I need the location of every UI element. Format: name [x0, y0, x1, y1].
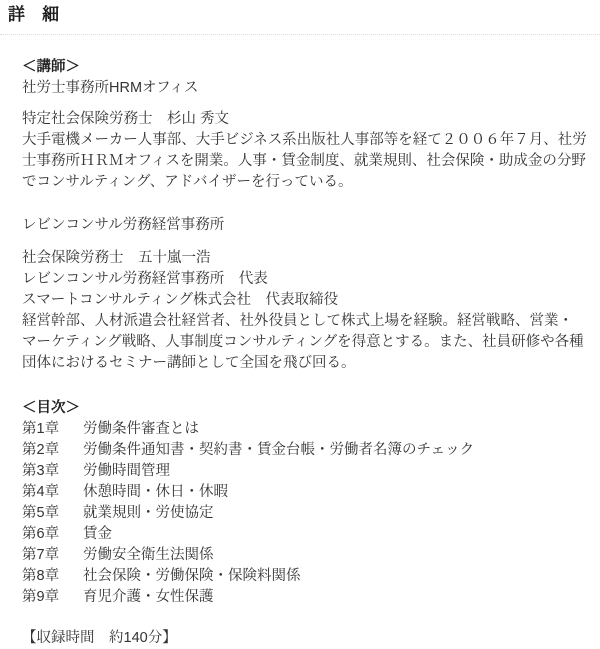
chapter-number: 第3章: [22, 461, 83, 482]
chapter-number: 第1章: [22, 419, 83, 440]
chapter-title: 労働条件通知書・契約書・賃金台帳・労働者名簿のチェック: [83, 442, 474, 458]
toc-chapter-list: 第1章労働条件審査とは 第2章労働条件通知書・契約書・賃金台帳・労働者名簿のチェ…: [22, 419, 590, 608]
bio-text-line: 特定社会保険労務士 杉山 秀文: [22, 109, 590, 130]
spacer: [22, 99, 590, 109]
chapter-number: 第7章: [22, 545, 83, 566]
toc-chapter-row: 第4章休憩時間・休日・休暇: [22, 482, 590, 503]
chapter-title: 就業規則・労使協定: [83, 505, 214, 521]
toc-section-heading: ＜目次＞: [22, 398, 590, 419]
chapter-number: 第5章: [22, 503, 83, 524]
bio-text-line: マーケティング戦略、人事制度コンサルティングを得意とする。また、社員研修や各種: [22, 332, 590, 353]
chapter-title: 労働安全衛生法関係: [83, 547, 214, 563]
bio-text-line: 大手電機メーカー人事部、大手ビジネス系出版社人事部等を経て２００６年７月、社労: [22, 130, 590, 151]
bio-text-line: スマートコンサルティング株式会社 代表取締役: [22, 290, 590, 311]
toc-section: ＜目次＞ 第1章労働条件審査とは 第2章労働条件通知書・契約書・賃金台帳・労働者…: [22, 398, 590, 608]
bio-text-line: 経営幹部、人材派遣会社経営者、社外役員として株式上場を経験。経営戦略、営業・: [22, 311, 590, 332]
lecturer2-office-name: レビンコンサル労務経営事務所: [22, 215, 590, 236]
bio-text-line: 社会保険労務士 五十嵐一浩: [22, 248, 590, 269]
lecturer-section-heading: ＜講師＞: [22, 57, 590, 78]
lecturer1-office-name: 社労士事務所HRMオフィス: [22, 78, 590, 99]
bio-text-line: 士事務所ＨＲＭオフィスを開業。人事・賃金制度、就業規則、社会保険・助成金の分野: [22, 151, 590, 172]
toc-chapter-row: 第2章労働条件通知書・契約書・賃金台帳・労働者名簿のチェック: [22, 440, 590, 461]
spacer: [22, 374, 590, 398]
lecturer-section: ＜講師＞ 社労士事務所HRMオフィス 特定社会保険労務士 杉山 秀文 大手電機メ…: [22, 57, 590, 374]
lecturer1-bio: 特定社会保険労務士 杉山 秀文 大手電機メーカー人事部、大手ビジネス系出版社人事…: [22, 109, 590, 193]
chapter-number: 第4章: [22, 482, 83, 503]
chapter-title: 労働時間管理: [83, 463, 170, 479]
page-title: 詳 細: [0, 0, 600, 25]
chapter-title: 社会保険・労働保険・保険料関係: [83, 568, 301, 584]
detail-content: ＜講師＞ 社労士事務所HRMオフィス 特定社会保険労務士 杉山 秀文 大手電機メ…: [0, 35, 600, 649]
toc-chapter-row: 第7章労働安全衛生法関係: [22, 545, 590, 566]
chapter-title: 休憩時間・休日・休暇: [83, 484, 228, 500]
spacer: [22, 193, 590, 215]
chapter-number: 第9章: [22, 587, 83, 608]
recording-duration: 【収録時間 約140分】: [22, 628, 590, 649]
chapter-number: 第6章: [22, 524, 83, 545]
spacer: [22, 236, 590, 248]
chapter-title: 育児介護・女性保護: [83, 589, 214, 605]
spacer: [22, 608, 590, 628]
bio-text-line: 団体におけるセミナー講師として全国を飛び回る。: [22, 353, 590, 374]
chapter-number: 第2章: [22, 440, 83, 461]
chapter-title: 賃金: [83, 526, 112, 542]
bio-text-line: レビンコンサル労務経営事務所 代表: [22, 269, 590, 290]
lecturer2-bio: 社会保険労務士 五十嵐一浩 レビンコンサル労務経営事務所 代表 スマートコンサル…: [22, 248, 590, 374]
toc-chapter-row: 第9章育児介護・女性保護: [22, 587, 590, 608]
bio-text-line: でコンサルティング、アドバイザーを行っている。: [22, 172, 590, 193]
chapter-number: 第8章: [22, 566, 83, 587]
toc-chapter-row: 第8章社会保険・労働保険・保険料関係: [22, 566, 590, 587]
toc-chapter-row: 第1章労働条件審査とは: [22, 419, 590, 440]
toc-chapter-row: 第3章労働時間管理: [22, 461, 590, 482]
toc-chapter-row: 第5章就業規則・労使協定: [22, 503, 590, 524]
chapter-title: 労働条件審査とは: [83, 421, 199, 437]
toc-chapter-row: 第6章賃金: [22, 524, 590, 545]
